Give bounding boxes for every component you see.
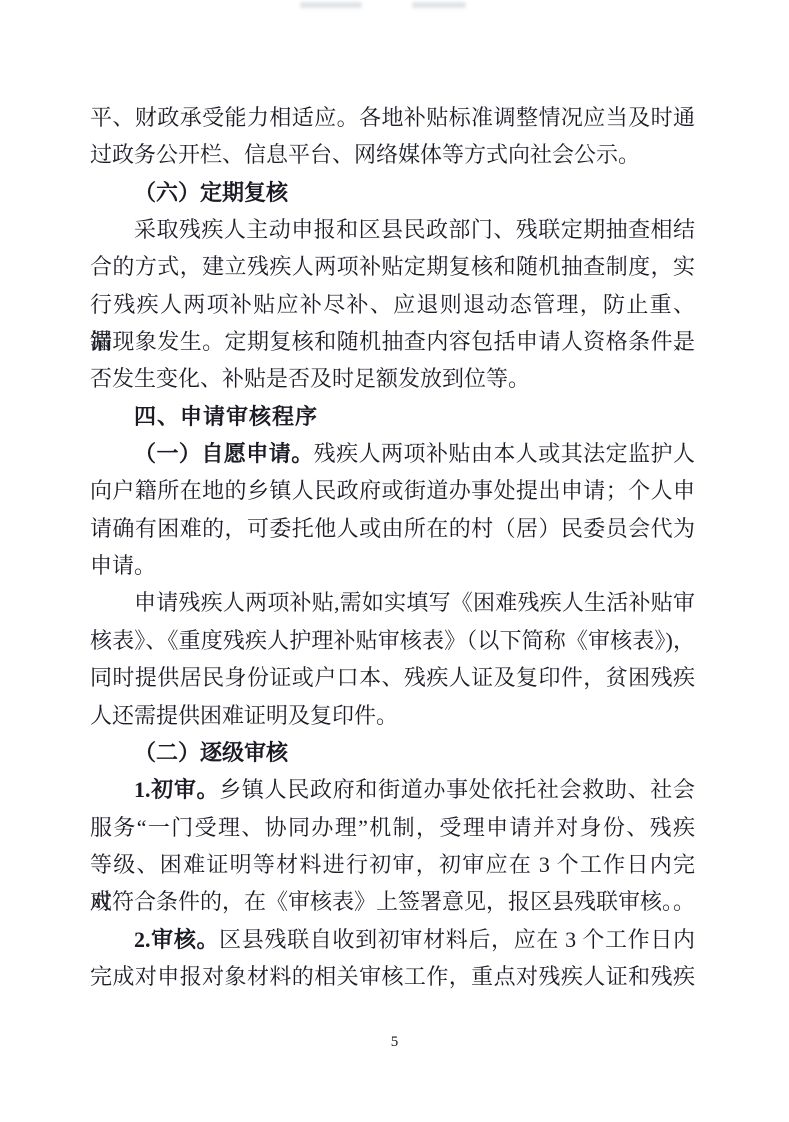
text-run: 过政务公开栏、信息平台、网络媒体等方式向社会公示。 <box>90 142 640 167</box>
text-run: 同时提供居民身份证或户口本、残疾人证及复印件，贫困残疾 <box>90 665 695 690</box>
body-line: 否发生变化、补贴是否及时足额发放到位等。 <box>90 360 695 397</box>
subsection-heading-level-by-level-review: （二）逐级审核 <box>90 734 695 771</box>
body-line: 合的方式，建立残疾人两项补贴定期复核和随机抽查制度，实 <box>90 248 695 285</box>
body-line: 对符合条件的，在《审核表》上签署意见，报区县残联审核。 <box>90 883 695 920</box>
scan-artifact <box>300 2 362 8</box>
text-run: 向户籍所在地的乡镇人民政府或街道办事处提出申请；个人申 <box>90 478 695 503</box>
heading-run: （一）自愿申请。 <box>134 441 314 466</box>
section-heading-application-review-procedure: 四、申请审核程序 <box>90 398 695 435</box>
text-run: 人还需提供困难证明及复印件。 <box>90 703 398 728</box>
body-line: 核表》、《重度残疾人护理补贴审核表》（以下简称《审核表》)， <box>90 622 695 659</box>
text-run: 否发生变化、补贴是否及时足额发放到位等。 <box>90 366 530 391</box>
text-run: 乡镇人民政府和街道办事处依托社会救助、社会 <box>219 777 695 802</box>
subsection-heading-periodic-review: （六）定期复核 <box>90 174 695 211</box>
text-run: 申请。 <box>90 553 156 578</box>
text-run: 采取残疾人主动申报和区县民政部门、残联定期抽查相结 <box>134 217 695 242</box>
scan-artifact <box>412 2 466 8</box>
body-line: 错现象发生。定期复核和随机抽查内容包括申请人资格条件是 <box>90 323 695 360</box>
text-run: 平、财政承受能力相适应。各地补贴标准调整情况应当及时通 <box>90 105 695 130</box>
body-line: 2.审核。区县残联自收到初审材料后，应在 3 个工作日内 <box>90 921 695 958</box>
text-run: 区县残联自收到初审材料后，应在 3 个工作日内 <box>219 927 695 952</box>
heading-run: （二）逐级审核 <box>134 740 288 765</box>
body-line: 行残疾人两项补贴应补尽补、应退则退动态管理，防止重、漏、 <box>90 286 695 323</box>
body-line: 人还需提供困难证明及复印件。 <box>90 697 695 734</box>
body-line: 申请。 <box>90 547 695 584</box>
text-run: 完成对申报对象材料的相关审核工作，重点对残疾人证和残疾 <box>90 964 695 989</box>
document-page: 平、财政承受能力相适应。各地补贴标准调整情况应当及时通过政务公开栏、信息平台、网… <box>0 0 789 1122</box>
document-body: 平、财政承受能力相适应。各地补贴标准调整情况应当及时通过政务公开栏、信息平台、网… <box>90 99 695 995</box>
body-line: 同时提供居民身份证或户口本、残疾人证及复印件，贫困残疾 <box>90 659 695 696</box>
body-line: 等级、困难证明等材料进行初审，初审应在 3 个工作日内完成。 <box>90 846 695 883</box>
text-run: 核表》、《重度残疾人护理补贴审核表》（以下简称《审核表》)， <box>90 628 695 653</box>
page-number: 5 <box>0 1030 789 1054</box>
text-run: 残疾人两项补贴由本人或其法定监护人 <box>314 441 695 466</box>
body-line: 向户籍所在地的乡镇人民政府或街道办事处提出申请；个人申 <box>90 472 695 509</box>
heading-run: 1.初审。 <box>134 777 219 802</box>
text-run: 合的方式，建立残疾人两项补贴定期复核和随机抽查制度，实 <box>90 254 695 279</box>
heading-run: 四、申请审核程序 <box>134 404 318 429</box>
body-line: 服务“一门受理、协同办理”机制，受理申请并对身份、残疾 <box>90 809 695 846</box>
body-line: 采取残疾人主动申报和区县民政部门、残联定期抽查相结 <box>90 211 695 248</box>
body-line: （一）自愿申请。残疾人两项补贴由本人或其法定监护人 <box>90 435 695 472</box>
text-run: 服务“一门受理、协同办理”机制，受理申请并对身份、残疾 <box>90 815 695 840</box>
text-run: 申请残疾人两项补贴,需如实填写《困难残疾人生活补贴审 <box>134 590 695 615</box>
body-line: 申请残疾人两项补贴,需如实填写《困难残疾人生活补贴审 <box>90 584 695 621</box>
heading-run: 2.审核。 <box>134 927 219 952</box>
text-run: 对符合条件的，在《审核表》上签署意见，报区县残联审核。 <box>90 889 684 914</box>
body-line: 过政务公开栏、信息平台、网络媒体等方式向社会公示。 <box>90 136 695 173</box>
text-run: 请确有困难的，可委托他人或由所在的村（居）民委员会代为 <box>90 516 695 541</box>
text-run: 错现象发生。定期复核和随机抽查内容包括申请人资格条件是 <box>90 329 695 354</box>
body-line: 完成对申报对象材料的相关审核工作，重点对残疾人证和残疾 <box>90 958 695 995</box>
body-line: 请确有困难的，可委托他人或由所在的村（居）民委员会代为 <box>90 510 695 547</box>
heading-run: （六）定期复核 <box>134 180 288 205</box>
body-line: 1.初审。乡镇人民政府和街道办事处依托社会救助、社会 <box>90 771 695 808</box>
body-line: 平、财政承受能力相适应。各地补贴标准调整情况应当及时通 <box>90 99 695 136</box>
